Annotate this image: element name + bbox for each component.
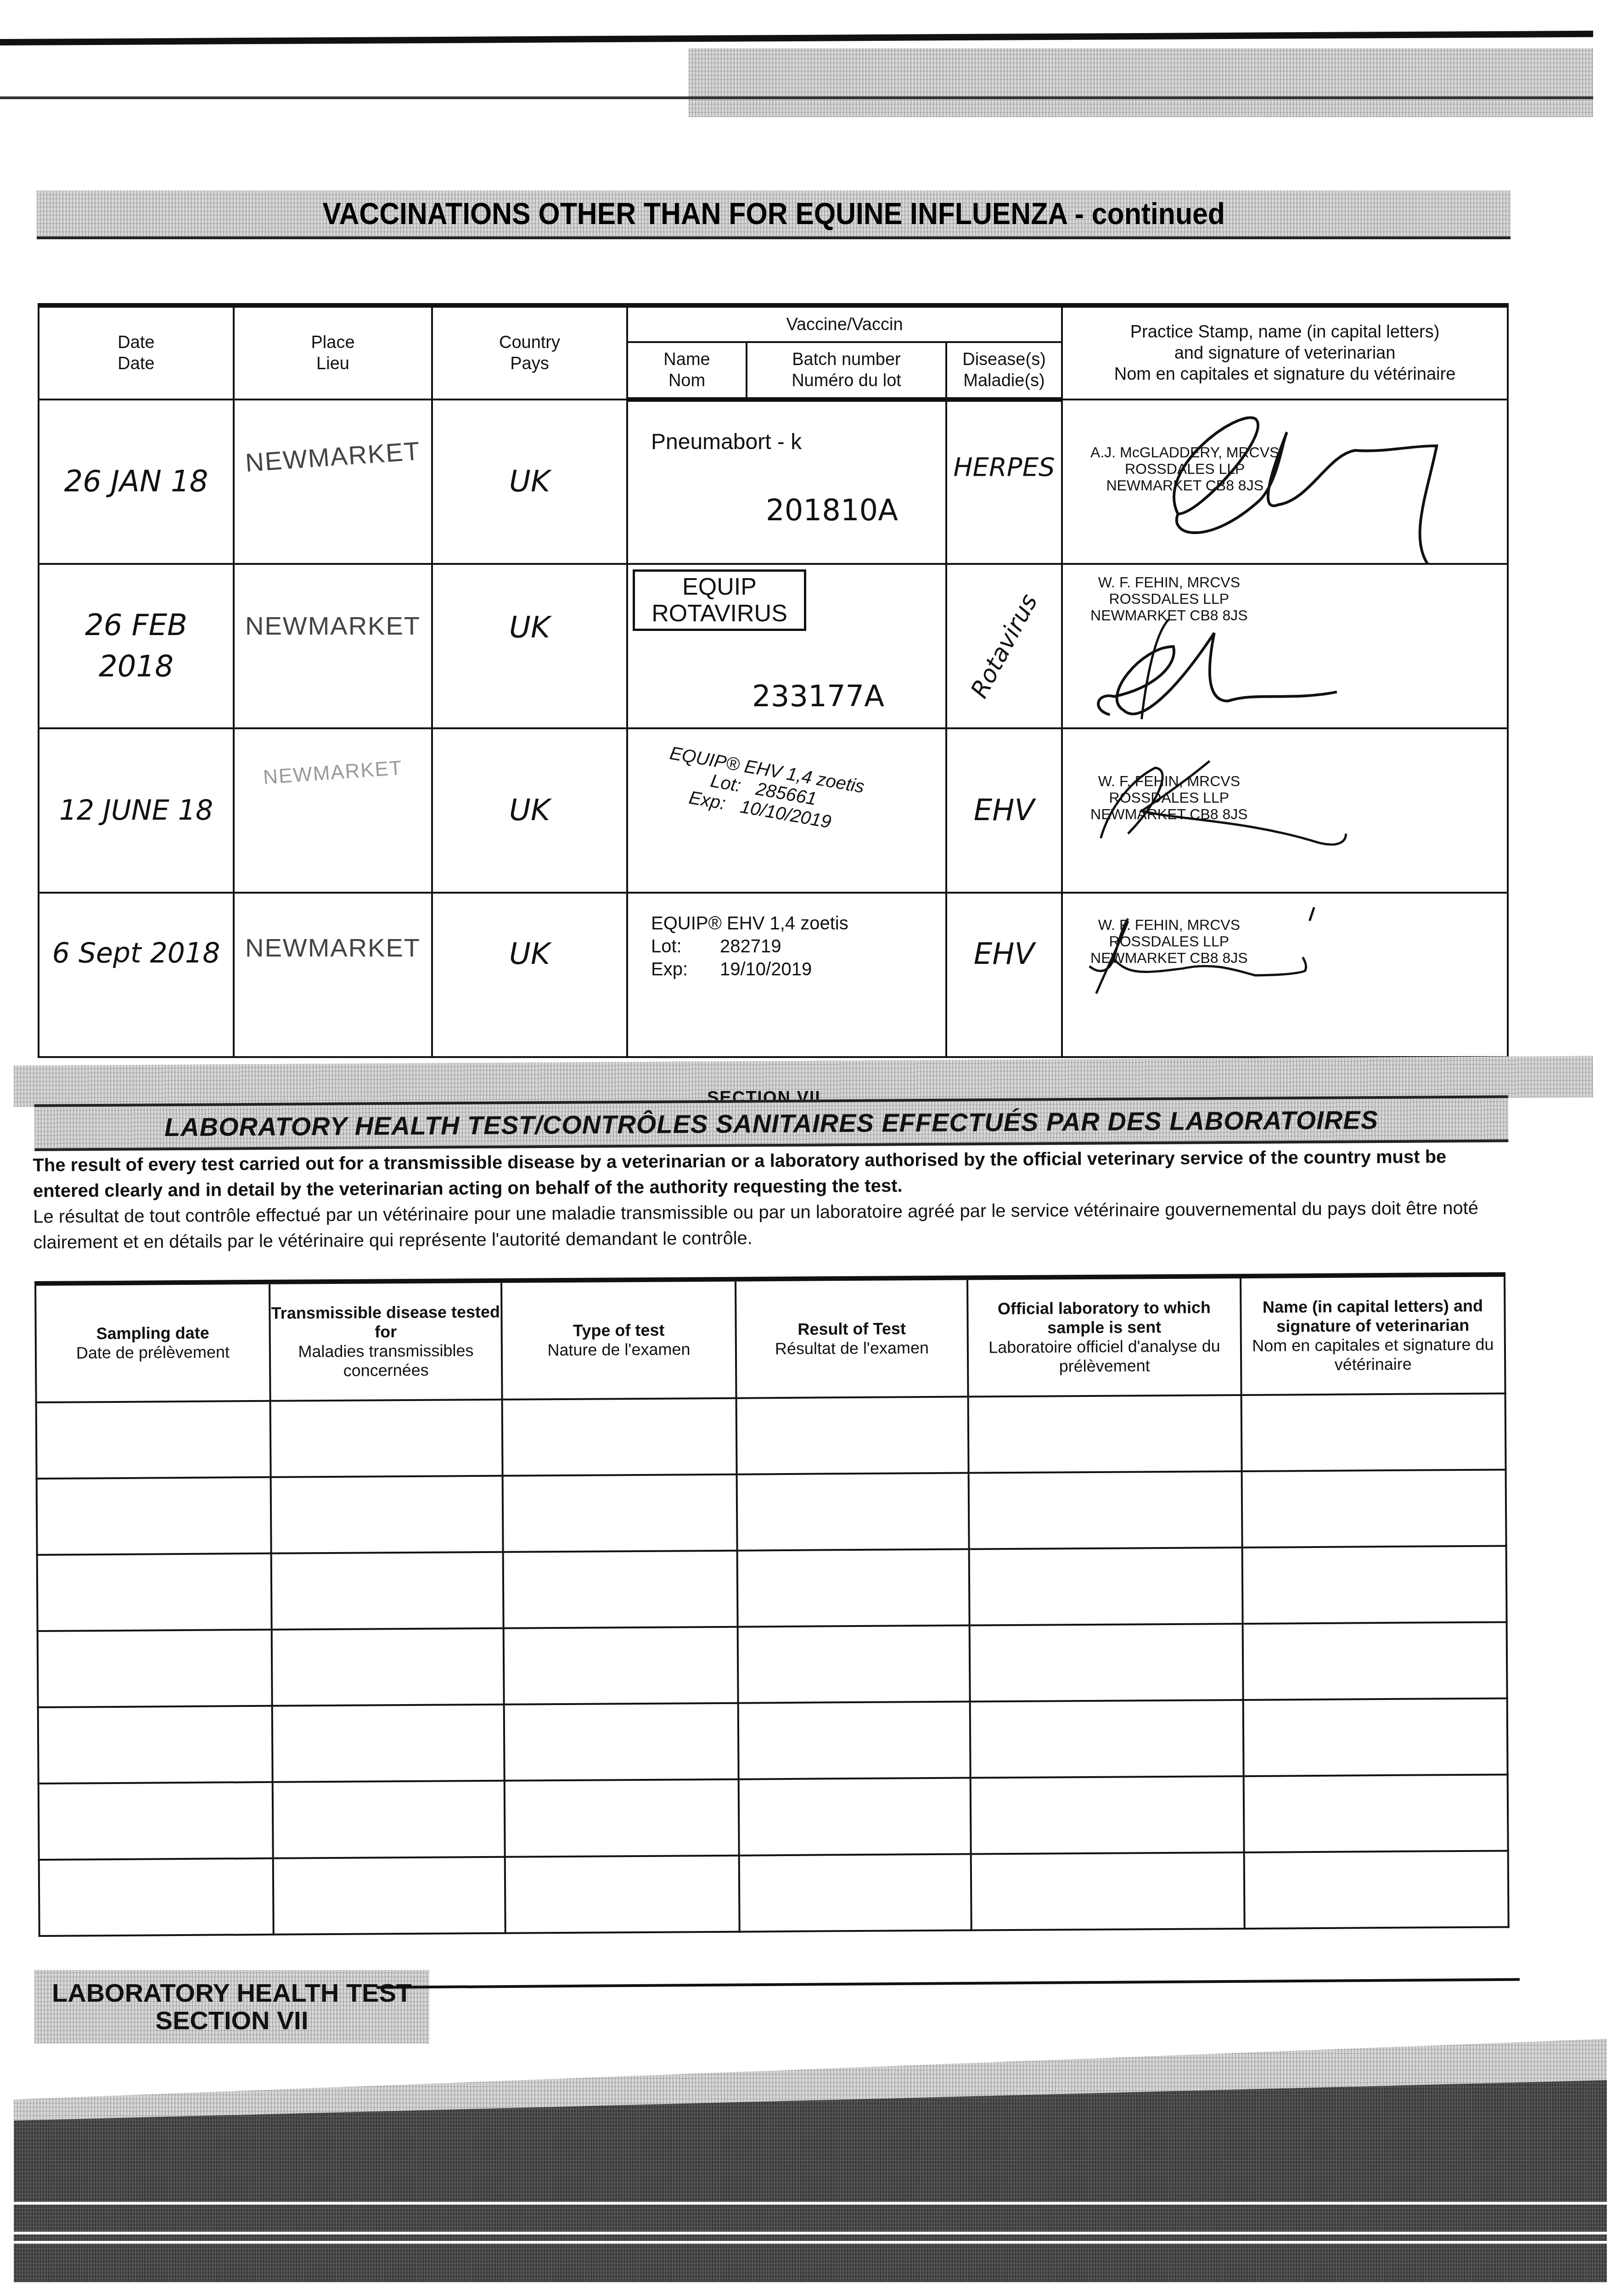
cell-vet-stamp: W. F. FEHIN, MRCVS ROSSDALES LLP NEWMARK… <box>1062 564 1508 728</box>
header-country-fr: Pays <box>433 353 626 374</box>
vet-address: NEWMARKET CB8 8JS <box>1090 607 1248 624</box>
header-en: Name (in capital letters) and signature … <box>1263 1296 1483 1336</box>
cell-vet[interactable] <box>1244 1851 1509 1929</box>
header-en: Official laboratory to which sample is s… <box>998 1298 1211 1337</box>
lab-test-row <box>38 1698 1508 1784</box>
header-sampling-date: Sampling dateDate de prélèvement <box>35 1282 270 1402</box>
cell-place: NEWMARKET <box>234 400 432 564</box>
date-value: 12 JUNE 18 <box>59 794 213 827</box>
cell-vet[interactable] <box>1242 1546 1507 1624</box>
cell-vet-stamp: W. F. FEHIN, MRCVS ROSSDALES LLP NEWMARK… <box>1062 893 1508 1057</box>
cell-sampling-date[interactable] <box>38 1706 273 1784</box>
cell-result[interactable] <box>739 1854 972 1932</box>
vet-name: W. F. FEHIN, MRCVS <box>1090 574 1248 591</box>
header-en: Type of test <box>573 1321 665 1340</box>
header-disease-en: Disease(s) <box>947 349 1061 370</box>
place-stamp: NEWMARKET <box>244 436 421 478</box>
vet-stamp: A.J. McGLADDERY, MRCVS ROSSDALES LLP NEW… <box>1090 444 1279 494</box>
cell-result[interactable] <box>738 1626 970 1703</box>
vaccinations-table: Date Date Place Lieu Country Pays Vaccin… <box>38 303 1509 1058</box>
place-stamp: NEWMARKET <box>245 611 421 641</box>
cell-result[interactable] <box>738 1702 971 1779</box>
vaccine-name: EQUIP ROTAVIRUS <box>633 569 806 631</box>
cell-disease: EHV <box>946 728 1062 893</box>
vet-stamp: W. F. FEHIN, MRCVS ROSSDALES LLP NEWMARK… <box>1090 574 1248 624</box>
vet-practice: ROSSDALES LLP <box>1090 461 1279 477</box>
cell-test-type[interactable] <box>504 1703 739 1781</box>
header-date-en: Date <box>39 332 233 353</box>
header-fr: Laboratoire officiel d'analyse du prélèv… <box>988 1336 1220 1375</box>
vaccination-row: 26 JAN 18 NEWMARKET UK Pneumabort - k 20… <box>39 400 1508 564</box>
vet-practice: ROSSDALES LLP <box>1090 933 1248 950</box>
exp-label: Exp: <box>651 958 720 981</box>
header-fr: Nom en capitales et signature du vétérin… <box>1252 1335 1494 1374</box>
vaccine-label: EQUIP® EHV 1,4 zoetis Lot:282719 Exp:19/… <box>651 912 848 981</box>
cell-disease[interactable] <box>273 1857 505 1935</box>
cell-lab[interactable] <box>969 1548 1243 1626</box>
cell-sampling-date[interactable] <box>39 1858 274 1936</box>
batch-number: 233177A <box>752 680 884 714</box>
header-stamp-en-2: and signature of veterinarian <box>1063 343 1507 364</box>
exp-line: Exp:19/10/2019 <box>651 958 848 981</box>
cell-vet[interactable] <box>1243 1698 1508 1776</box>
place-stamp: NEWMARKET <box>245 933 421 962</box>
cell-date: 26 JAN 18 <box>39 400 234 564</box>
vet-address: NEWMARKET CB8 8JS <box>1090 806 1248 822</box>
cell-disease: Rotavirus <box>946 564 1062 728</box>
lab-test-row <box>39 1774 1508 1860</box>
country-value: UK <box>509 793 550 827</box>
cell-disease[interactable] <box>271 1476 503 1553</box>
section-tab: LABORATORY HEALTH TEST SECTION VII <box>34 1970 429 2043</box>
disease-value: EHV <box>974 937 1034 971</box>
vet-name: A.J. McGLADDERY, MRCVS <box>1090 444 1279 461</box>
lab-test-row <box>39 1851 1509 1936</box>
header-fr: Nature de l'examen <box>547 1339 690 1359</box>
cell-test-type[interactable] <box>505 1856 740 1933</box>
vaccination-row: 12 JUNE 18 NEWMARKET UK EQUIP® EHV 1,4 z… <box>39 728 1508 893</box>
cell-lab[interactable] <box>971 1776 1244 1854</box>
header-place: Place Lieu <box>234 305 432 400</box>
lab-test-row <box>38 1622 1507 1707</box>
cell-country: UK <box>432 564 627 728</box>
header-type-of-test: Type of testNature de l'examen <box>501 1279 736 1400</box>
cell-sampling-date[interactable] <box>39 1782 273 1860</box>
vet-practice: ROSSDALES LLP <box>1090 789 1248 806</box>
date-value: 6 Sept 2018 <box>52 937 220 969</box>
section-tab-line1: LABORATORY HEALTH TEST <box>52 1979 412 2007</box>
cell-sampling-date[interactable] <box>36 1401 271 1479</box>
scan-edge-artifact <box>0 2039 1623 2296</box>
vet-address: NEWMARKET CB8 8JS <box>1090 950 1248 966</box>
header-stamp-fr: Nom en capitales et signature du vétérin… <box>1063 364 1507 385</box>
disease-value: EHV <box>974 793 1034 827</box>
cell-result[interactable] <box>736 1397 969 1474</box>
header-batch-en: Batch number <box>747 349 945 370</box>
cell-vet[interactable] <box>1242 1469 1506 1548</box>
cell-disease: EHV <box>946 893 1062 1057</box>
cell-lab[interactable] <box>970 1700 1244 1778</box>
vet-name: W. F. FEHIN, MRCVS <box>1090 917 1248 933</box>
vet-stamp: W. F. FEHIN, MRCVS ROSSDALES LLP NEWMARK… <box>1090 773 1248 822</box>
lab-test-row <box>36 1393 1506 1479</box>
header-name-fr: Nom <box>628 370 746 391</box>
header-en: Sampling date <box>96 1323 209 1343</box>
lab-section-banner: LABORATORY HEALTH TEST/CONTRÔLES SANITAI… <box>34 1095 1509 1151</box>
header-stamp-en-1: Practice Stamp, name (in capital letters… <box>1063 321 1507 343</box>
header-practice-stamp: Practice Stamp, name (in capital letters… <box>1062 305 1508 400</box>
cell-place: NEWMARKET <box>234 564 432 728</box>
header-fr: Date de prélèvement <box>76 1342 230 1362</box>
cell-vet-stamp: A.J. McGLADDERY, MRCVS ROSSDALES LLP NEW… <box>1062 400 1508 564</box>
header-vet-name-signature: Name (in capital letters) and signature … <box>1241 1274 1505 1395</box>
vaccine-label: EQUIP® EHV 1,4 zoetis Lot: 285661 Exp: 1… <box>661 743 866 837</box>
cell-result[interactable] <box>737 1473 969 1551</box>
vaccine-name: Pneumabort - k <box>651 429 802 455</box>
expiry-date: 19/10/2019 <box>720 959 812 979</box>
header-date-fr: Date <box>39 353 233 374</box>
cell-disease[interactable] <box>271 1552 504 1630</box>
country-value: UK <box>509 611 550 645</box>
disease-value: HERPES <box>953 452 1055 482</box>
vet-practice: ROSSDALES LLP <box>1090 591 1248 607</box>
header-fr: Maladies transmissibles concernées <box>298 1341 473 1380</box>
scan-edge-artifact <box>0 21 1623 113</box>
header-diseases: Disease(s) Maladie(s) <box>946 342 1062 400</box>
batch-number: 282719 <box>720 936 781 957</box>
cell-name-batch: EQUIP® EHV 1,4 zoetis Lot:282719 Exp:19/… <box>627 893 946 1057</box>
country-value: UK <box>509 465 550 499</box>
header-country-en: Country <box>433 332 626 353</box>
cell-disease[interactable] <box>273 1781 505 1858</box>
header-en: Transmissible disease tested for <box>271 1302 500 1341</box>
cell-place: NEWMARKET <box>234 728 432 893</box>
header-vaccine-group: Vaccine/Vaccin <box>627 305 1062 342</box>
vet-name: W. F. FEHIN, MRCVS <box>1090 773 1248 789</box>
header-batch-number: Batch number Numéro du lot <box>747 342 946 400</box>
header-fr: Résultat de l'examen <box>775 1338 929 1358</box>
cell-test-type[interactable] <box>504 1627 738 1705</box>
header-name-en: Name <box>628 349 746 370</box>
vaccination-row: 6 Sept 2018 NEWMARKET UK EQUIP® EHV 1,4 … <box>39 893 1508 1057</box>
cell-lab[interactable] <box>969 1471 1242 1549</box>
cell-sampling-date[interactable] <box>38 1630 272 1707</box>
header-vaccine-name: Name Nom <box>627 342 747 400</box>
vet-address: NEWMARKET CB8 8JS <box>1090 477 1279 494</box>
header-place-en: Place <box>235 332 431 353</box>
date-value: 26 FEB 2018 <box>67 605 205 687</box>
disease-value: Rotavirus <box>966 590 1043 703</box>
cell-sampling-date[interactable] <box>37 1553 272 1631</box>
header-place-fr: Lieu <box>235 353 431 374</box>
cell-date: 6 Sept 2018 <box>39 893 234 1057</box>
batch-number: 201810A <box>766 494 898 528</box>
cell-name-batch: EQUIP® EHV 1,4 zoetis Lot: 285661 Exp: 1… <box>627 728 946 893</box>
cell-test-type[interactable] <box>503 1474 737 1552</box>
cell-lab[interactable] <box>970 1624 1243 1702</box>
header-disease-fr: Maladie(s) <box>947 370 1061 391</box>
instructions-en: The result of every test carried out for… <box>33 1143 1516 1204</box>
vaccine-name: EQUIP® EHV 1,4 zoetis <box>651 912 848 935</box>
header-batch-fr: Numéro du lot <box>747 370 945 391</box>
cell-test-type[interactable] <box>502 1398 737 1476</box>
cell-test-type[interactable] <box>505 1779 739 1857</box>
header-official-lab: Official laboratory to which sample is s… <box>967 1276 1241 1397</box>
header-en: Result of Test <box>797 1319 906 1338</box>
place-stamp: NEWMARKET <box>263 756 404 789</box>
cell-vet[interactable] <box>1243 1622 1507 1700</box>
cell-disease[interactable] <box>272 1628 504 1706</box>
header-date: Date Date <box>39 305 234 400</box>
lab-section-instructions: The result of every test carried out for… <box>33 1143 1516 1255</box>
instructions-fr: Le résultat de tout contrôle effectué pa… <box>33 1195 1516 1255</box>
header-disease-tested: Transmissible disease tested forMaladies… <box>270 1281 502 1401</box>
lab-section-title: LABORATORY HEALTH TEST/CONTRÔLES SANITAI… <box>164 1104 1378 1142</box>
cell-vet[interactable] <box>1244 1774 1508 1852</box>
country-value: UK <box>509 937 550 971</box>
lab-test-row <box>37 1546 1507 1631</box>
cell-country: UK <box>432 728 627 893</box>
cell-country: UK <box>432 400 627 564</box>
cell-vet-stamp: W. F. FEHIN, MRCVS ROSSDALES LLP NEWMARK… <box>1062 728 1508 893</box>
lab-test-row <box>37 1469 1506 1555</box>
cell-place: NEWMARKET <box>234 893 432 1057</box>
cell-name-batch: Pneumabort - k 201810A <box>627 400 946 564</box>
cell-lab[interactable] <box>971 1852 1245 1930</box>
cell-result[interactable] <box>737 1549 970 1627</box>
vaccinations-title: VACCINATIONS OTHER THAN FOR EQUINE INFLU… <box>322 196 1224 231</box>
header-result: Result of TestRésultat de l'examen <box>736 1278 968 1398</box>
cell-date: 26 FEB 2018 <box>39 564 234 728</box>
date-value: 26 JAN 18 <box>64 465 208 499</box>
cell-vet[interactable] <box>1241 1393 1506 1471</box>
cell-name-batch: EQUIP ROTAVIRUS 233177A <box>627 564 946 728</box>
cell-date: 12 JUNE 18 <box>39 728 234 893</box>
cell-disease[interactable] <box>270 1400 503 1477</box>
lot-label: Lot: <box>651 935 720 958</box>
cell-sampling-date[interactable] <box>37 1477 271 1555</box>
cell-disease: HERPES <box>946 400 1062 564</box>
cell-disease[interactable] <box>272 1705 505 1782</box>
vet-stamp: W. F. FEHIN, MRCVS ROSSDALES LLP NEWMARK… <box>1090 917 1248 966</box>
header-country: Country Pays <box>432 305 627 400</box>
section-tab-line2: SECTION VII <box>156 2007 309 2034</box>
lab-tests-table: Sampling dateDate de prélèvement Transmi… <box>34 1272 1510 1937</box>
lot-line: Lot:282719 <box>651 935 848 958</box>
vaccine-name-stamp: EQUIP ROTAVIRUS <box>633 569 806 631</box>
cell-lab[interactable] <box>968 1395 1242 1473</box>
cell-country: UK <box>432 893 627 1057</box>
vaccination-row: 26 FEB 2018 NEWMARKET UK EQUIP ROTAVIRUS… <box>39 564 1508 728</box>
vaccinations-section-banner: VACCINATIONS OTHER THAN FOR EQUINE INFLU… <box>37 191 1511 239</box>
cell-test-type[interactable] <box>503 1551 738 1628</box>
divider <box>376 1978 1520 1989</box>
cell-result[interactable] <box>739 1778 971 1856</box>
